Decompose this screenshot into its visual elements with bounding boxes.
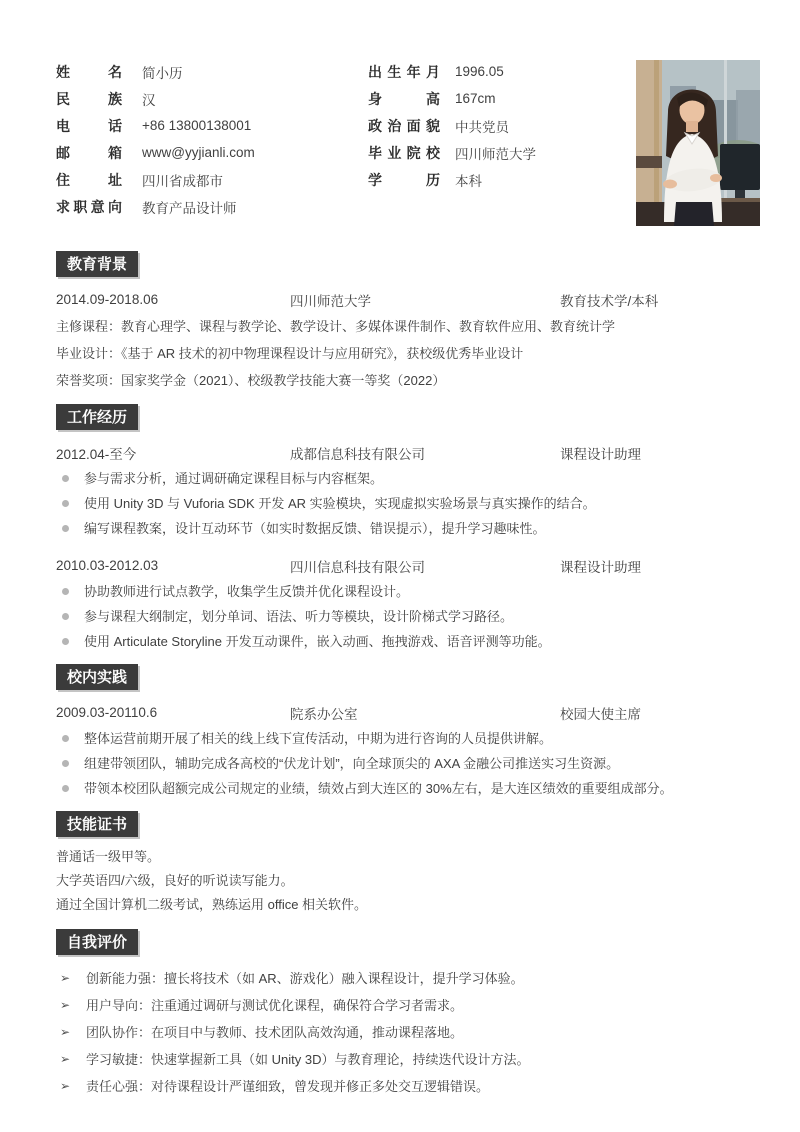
- section-title-work: 工作经历: [56, 404, 138, 430]
- profile-right-column: 出生年月 1996.05 身高 167cm 政治面貌 中共党员 毕业院校 四川师…: [368, 58, 638, 220]
- job-bullet-text: 使用 Articulate Storyline 开发互动课件，嵌入动画、拖拽游戏…: [84, 634, 551, 649]
- self-evaluation-list: ➢ 创新能力强：擅长将技术（如 AR、游戏化）融入课程设计，提升学习体验。 ➢ …: [56, 965, 744, 1100]
- section-education: 教育背景 2014.09-2018.06 四川师范大学 教育技术学/本科 主修课…: [56, 251, 744, 394]
- arrowhead-bullet-icon: ➢: [56, 1073, 86, 1100]
- field-ethnicity-value: 汉: [142, 89, 156, 109]
- self-evaluation-item: ➢ 创新能力强：擅长将技术（如 AR、游戏化）融入课程设计，提升学习体验。: [56, 965, 744, 992]
- education-school: 四川师范大学: [290, 290, 560, 310]
- bullet-dot-icon: [62, 735, 69, 742]
- profile-photo: [636, 60, 760, 226]
- job-bullet: 编写课程教案，设计互动环节（如实时数据反馈、错误提示），提升学习趣味性。: [56, 516, 744, 541]
- field-height-label: 身高: [368, 89, 440, 109]
- field-phone-value: +86 13800138001: [142, 118, 251, 133]
- field-height-value: 167cm: [455, 91, 496, 106]
- self-evaluation-item: ➢ 用户导向：注重通过调研与测试优化课程，确保符合学习者需求。: [56, 992, 744, 1019]
- job-bullet-text: 使用 Unity 3D 与 Vuforia SDK 开发 AR 实验模块，实现虚…: [84, 496, 596, 511]
- profile-left-column: 姓名 简小历 民族 汉 电话 +86 13800138001 邮箱 www@yy…: [56, 58, 368, 220]
- field-birth-label: 出生年月: [368, 62, 440, 82]
- field-address-value: 四川省成都市: [142, 170, 223, 190]
- campus-row: 2009.03-20110.6 院系办公室 校园大使主席: [56, 699, 744, 726]
- job-bullet-text: 编写课程教案，设计互动环节（如实时数据反馈、错误提示），提升学习趣味性。: [84, 521, 546, 536]
- job-date: 2010.03-2012.03: [56, 558, 290, 573]
- field-birth-value: 1996.05: [455, 64, 504, 79]
- field-name-value: 简小历: [142, 62, 183, 82]
- section-title-skills: 技能证书: [56, 811, 138, 837]
- skill-line: 普通话一级甲等。: [56, 845, 744, 869]
- field-email-label: 邮箱: [56, 143, 122, 163]
- field-school-label: 毕业院校: [368, 143, 440, 163]
- education-courses: 主修课程：教育心理学、课程与教学论、教学设计、多媒体课件制作、教育软件应用、教育…: [56, 313, 744, 340]
- self-evaluation-text: 创新能力强：擅长将技术（如 AR、游戏化）融入课程设计，提升学习体验。: [86, 965, 524, 992]
- bullet-dot-icon: [62, 588, 69, 595]
- job-bullet-text: 参与需求分析，通过调研确定课程目标与内容框架。: [84, 471, 383, 486]
- job-bullet: 参与课程大纲制定，划分单词、语法、听力等模块，设计阶梯式学习路径。: [56, 604, 744, 629]
- job-company: 四川信息科技有限公司: [290, 556, 560, 576]
- field-objective-value: 教育产品设计师: [142, 197, 237, 217]
- job-bullet: 参与需求分析，通过调研确定课程目标与内容框架。: [56, 466, 744, 491]
- job-bullet: 使用 Unity 3D 与 Vuforia SDK 开发 AR 实验模块，实现虚…: [56, 491, 744, 516]
- bullet-dot-icon: [62, 785, 69, 792]
- section-title-education: 教育背景: [56, 251, 138, 277]
- self-evaluation-item: ➢ 团队协作：在项目中与教师、技术团队高效沟通，推动课程落地。: [56, 1019, 744, 1046]
- job-bullet: 协助教师进行试点教学，收集学生反馈并优化课程设计。: [56, 579, 744, 604]
- education-date: 2014.09-2018.06: [56, 292, 290, 307]
- job-row: 2010.03-2012.03 四川信息科技有限公司 课程设计助理: [56, 552, 744, 579]
- skill-line: 大学英语四/六级，良好的听说读写能力。: [56, 869, 744, 893]
- field-address-label: 住址: [56, 170, 122, 190]
- profile-header: 姓名 简小历 民族 汉 电话 +86 13800138001 邮箱 www@yy…: [56, 58, 744, 220]
- arrowhead-bullet-icon: ➢: [56, 965, 86, 992]
- self-evaluation-text: 团队协作：在项目中与教师、技术团队高效沟通，推动课程落地。: [86, 1019, 463, 1046]
- section-campus: 校内实践 2009.03-20110.6 院系办公室 校园大使主席 整体运营前期…: [56, 664, 744, 801]
- job-date: 2012.04-至今: [56, 443, 290, 463]
- field-political-status-value: 中共党员: [455, 116, 509, 136]
- section-self-evaluation: 自我评价 ➢ 创新能力强：擅长将技术（如 AR、游戏化）融入课程设计，提升学习体…: [56, 929, 744, 1100]
- arrowhead-bullet-icon: ➢: [56, 1046, 86, 1073]
- campus-bullet-text: 带领本校团队超额完成公司规定的业绩，绩效占到大连区的 30%左右，是大连区绩效的…: [84, 781, 673, 796]
- campus-org: 院系办公室: [290, 703, 560, 723]
- self-evaluation-item: ➢ 责任心强：对待课程设计严谨细致，曾发现并修正多处交互逻辑错误。: [56, 1073, 744, 1100]
- field-objective-label: 求职意向: [56, 197, 122, 217]
- bullet-dot-icon: [62, 525, 69, 532]
- field-name: 姓名 简小历: [56, 58, 368, 85]
- field-objective: 求职意向 教育产品设计师: [56, 193, 368, 220]
- section-work: 工作经历 2012.04-至今 成都信息科技有限公司 课程设计助理 参与需求分析…: [56, 404, 744, 654]
- campus-role: 校园大使主席: [560, 703, 744, 723]
- section-title-campus: 校内实践: [56, 664, 138, 690]
- bullet-dot-icon: [62, 613, 69, 620]
- job-bullet-text: 协助教师进行试点教学，收集学生反馈并优化课程设计。: [84, 584, 409, 599]
- field-height: 身高 167cm: [368, 85, 638, 112]
- education-major-degree: 教育技术学/本科: [560, 290, 744, 310]
- field-birth: 出生年月 1996.05: [368, 58, 638, 85]
- arrowhead-bullet-icon: ➢: [56, 1019, 86, 1046]
- bullet-dot-icon: [62, 760, 69, 767]
- field-address: 住址 四川省成都市: [56, 166, 368, 193]
- self-evaluation-item: ➢ 学习敏捷：快速掌握新工具（如 Unity 3D）与教育理论，持续迭代设计方法…: [56, 1046, 744, 1073]
- self-evaluation-text: 责任心强：对待课程设计严谨细致，曾发现并修正多处交互逻辑错误。: [86, 1073, 489, 1100]
- field-school-value: 四川师范大学: [455, 143, 536, 163]
- job-title: 课程设计助理: [560, 556, 744, 576]
- bullet-dot-icon: [62, 475, 69, 482]
- job-bullet: 使用 Articulate Storyline 开发互动课件，嵌入动画、拖拽游戏…: [56, 629, 744, 654]
- job-title: 课程设计助理: [560, 443, 744, 463]
- skill-line: 通过全国计算机二级考试，熟练运用 office 相关软件。: [56, 893, 744, 917]
- field-political-status: 政治面貌 中共党员: [368, 112, 638, 139]
- section-title-self-evaluation: 自我评价: [56, 929, 138, 955]
- campus-bullet-text: 组建带领团队，辅助完成各高校的“伏龙计划”，向全球顶尖的 AXA 金融公司推送实…: [84, 756, 619, 771]
- field-school: 毕业院校 四川师范大学: [368, 139, 638, 166]
- education-row: 2014.09-2018.06 四川师范大学 教育技术学/本科: [56, 286, 744, 313]
- section-skills: 技能证书 普通话一级甲等。 大学英语四/六级，良好的听说读写能力。 通过全国计算…: [56, 811, 744, 917]
- job-bullet-text: 参与课程大纲制定，划分单词、语法、听力等模块，设计阶梯式学习路径。: [84, 609, 513, 624]
- campus-date: 2009.03-20110.6: [56, 705, 290, 720]
- bullet-dot-icon: [62, 500, 69, 507]
- self-evaluation-text: 用户导向：注重通过调研与测试优化课程，确保符合学习者需求。: [86, 992, 463, 1019]
- job-company: 成都信息科技有限公司: [290, 443, 560, 463]
- field-email: 邮箱 www@yyjianli.com: [56, 139, 368, 166]
- field-degree-value: 本科: [455, 170, 482, 190]
- education-thesis: 毕业设计：《基于 AR 技术的初中物理课程设计与应用研究》，获校级优秀毕业设计: [56, 340, 744, 367]
- campus-bullet-text: 整体运营前期开展了相关的线上线下宣传活动，中期为进行咨询的人员提供讲解。: [84, 731, 552, 746]
- field-name-label: 姓名: [56, 62, 122, 82]
- field-email-value: www@yyjianli.com: [142, 145, 255, 160]
- field-degree: 学历 本科: [368, 166, 638, 193]
- field-phone-label: 电话: [56, 116, 122, 136]
- field-ethnicity-label: 民族: [56, 89, 122, 109]
- job-row: 2012.04-至今 成都信息科技有限公司 课程设计助理: [56, 439, 744, 466]
- campus-bullet: 带领本校团队超额完成公司规定的业绩，绩效占到大连区的 30%左右，是大连区绩效的…: [56, 776, 744, 801]
- arrowhead-bullet-icon: ➢: [56, 992, 86, 1019]
- field-political-status-label: 政治面貌: [368, 116, 440, 136]
- education-awards: 荣誉奖项：国家奖学金（2021）、校级教学技能大赛一等奖（2022）: [56, 367, 744, 394]
- resume-page: 姓名 简小历 民族 汉 电话 +86 13800138001 邮箱 www@yy…: [0, 0, 800, 1132]
- bullet-dot-icon: [62, 638, 69, 645]
- self-evaluation-text: 学习敏捷：快速掌握新工具（如 Unity 3D）与教育理论，持续迭代设计方法。: [86, 1046, 529, 1073]
- campus-bullet: 整体运营前期开展了相关的线上线下宣传活动，中期为进行咨询的人员提供讲解。: [56, 726, 744, 751]
- skills-lines: 普通话一级甲等。 大学英语四/六级，良好的听说读写能力。 通过全国计算机二级考试…: [56, 845, 744, 917]
- campus-bullet: 组建带领团队，辅助完成各高校的“伏龙计划”，向全球顶尖的 AXA 金融公司推送实…: [56, 751, 744, 776]
- field-ethnicity: 民族 汉: [56, 85, 368, 112]
- field-degree-label: 学历: [368, 170, 440, 190]
- field-phone: 电话 +86 13800138001: [56, 112, 368, 139]
